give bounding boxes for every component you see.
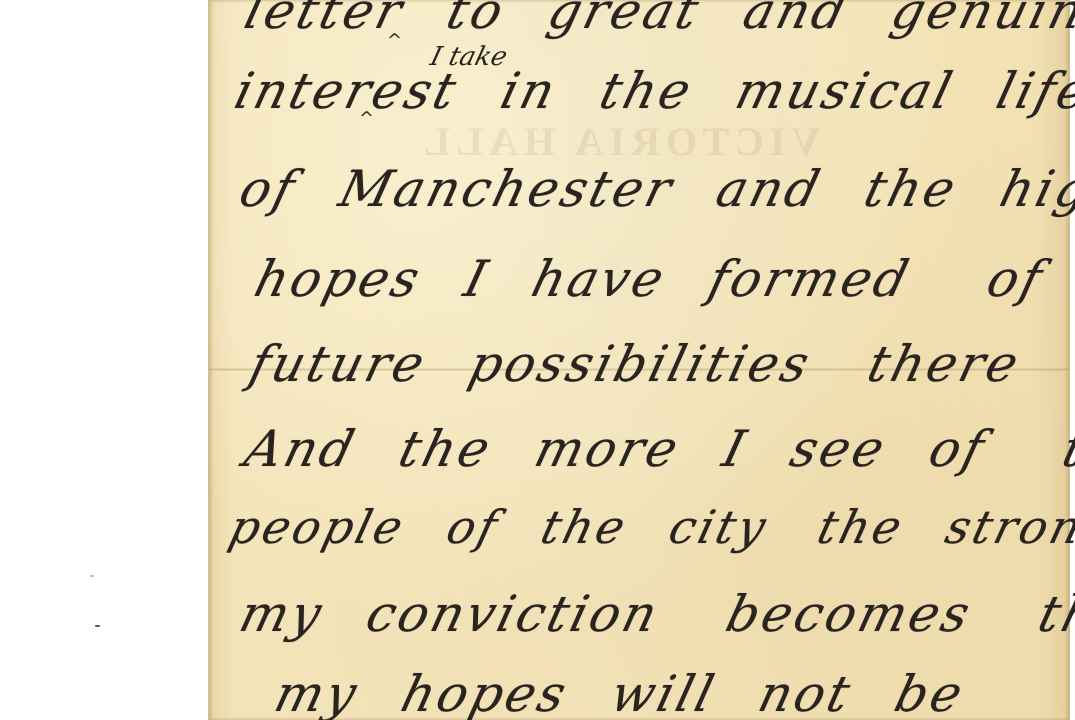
letter-line-9: my hopes will not be [269,665,997,720]
scan-speck [90,575,94,577]
word: more [529,420,686,478]
letter-line-6: And the more I see of the [239,420,1075,478]
word: interest [229,62,465,120]
word: Manchester [334,160,681,218]
word: people [224,500,411,554]
word: I [717,420,754,478]
word: formed [703,250,917,308]
word: great [542,0,707,40]
word: my [269,665,365,720]
word: have [526,250,672,308]
letter-line-4: hopes I have formed of [249,250,1075,308]
insertion-caret: ^ [387,30,402,51]
word: of [981,250,1050,308]
word: the [1057,420,1075,478]
word: will [605,665,722,720]
word: life [991,62,1075,120]
word: musical [730,62,961,120]
word: stronger [940,500,1075,554]
word: And [239,420,363,478]
word: be [889,665,971,720]
letter-line-2: interest in the musical life [229,62,1075,120]
word: and [711,160,828,218]
letter-line-3: of Manchester and the high [234,160,1075,218]
word: hopes [249,250,428,308]
word: see [785,420,893,478]
word: the [393,420,498,478]
letter-page: VICTORIA HALL letter to great and genuin… [208,0,1070,720]
word: the [812,500,910,554]
word: in [495,62,564,120]
document-viewer: VICTORIA HALL letter to great and genuin… [0,0,1075,720]
word: of [234,160,303,218]
word: of [441,500,505,554]
word: letter [239,0,411,40]
letter-line-7: people of the city the stronger [224,500,1075,554]
word: there [862,335,1027,393]
word: and [738,0,855,40]
word: becomes [720,585,978,643]
word: my [234,585,330,643]
letter-line-1: letter to great and genuine [239,0,1075,40]
word: the [859,160,964,218]
insertion-caret: ^ [359,108,374,129]
word: I [458,250,495,308]
letter-line-5: future possibilities there [244,335,1053,393]
word: the [594,62,699,120]
word: city [664,500,774,554]
letter-line-8: my conviction becomes that [234,585,1075,643]
word: of [923,420,992,478]
word: future [244,335,433,393]
word: high [994,160,1075,218]
word: that [1033,585,1075,643]
word: to [441,0,512,40]
word: not [753,665,859,720]
word: genuine [886,0,1075,40]
word: the [536,500,634,554]
word: hopes [396,665,575,720]
word: conviction [361,585,666,643]
scan-speck [95,625,100,627]
word: possibilities [463,335,817,393]
